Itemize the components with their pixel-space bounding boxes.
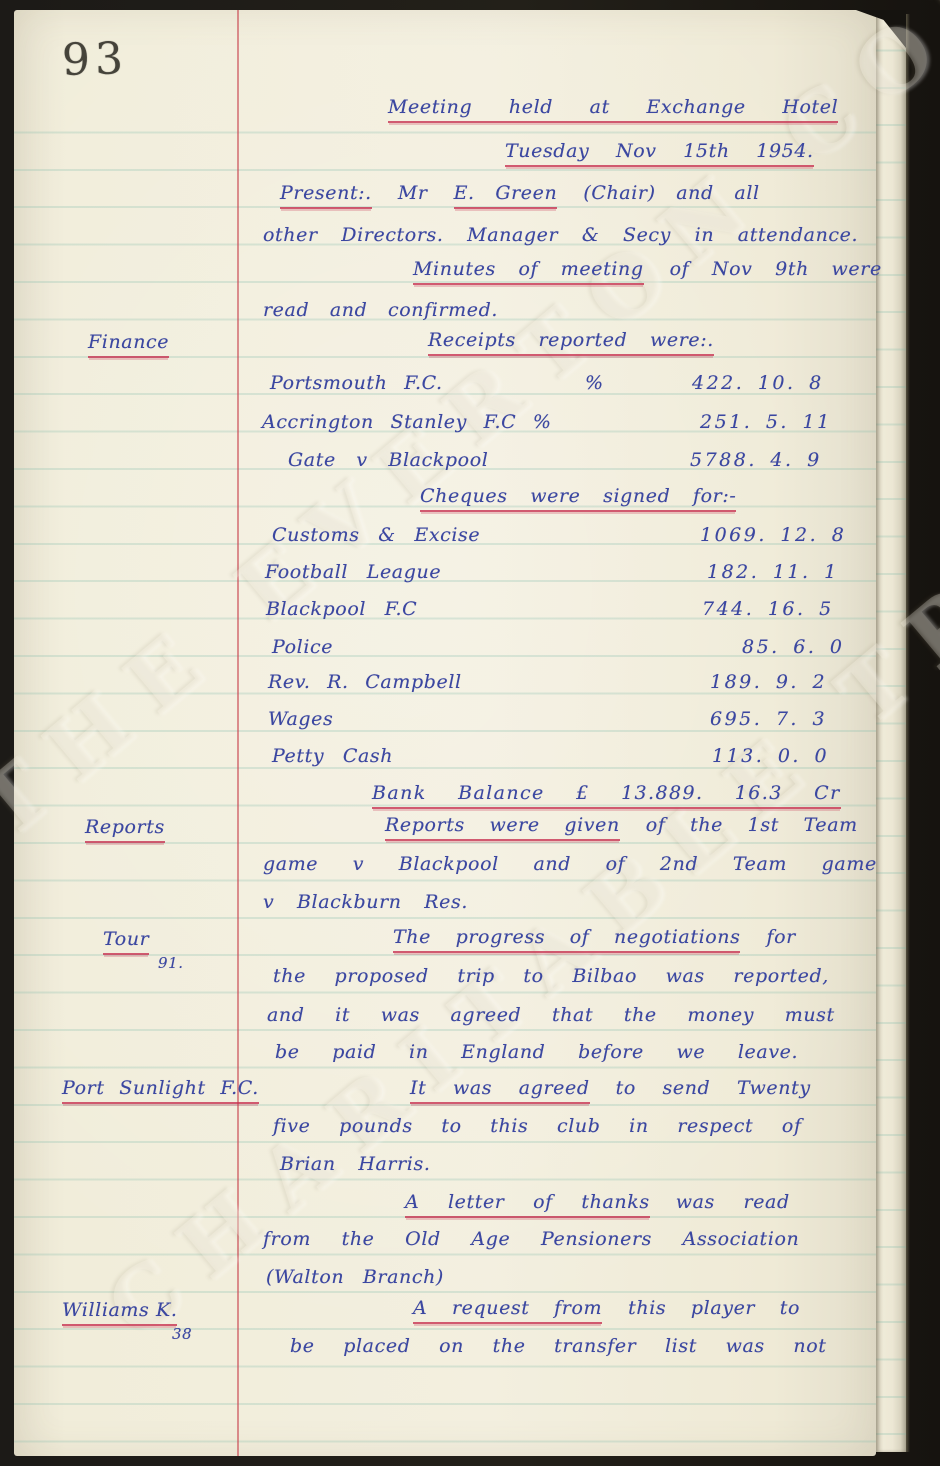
reports-line1-tail: of the 1st Team: [646, 814, 858, 836]
cheque-payee: Petty Cash: [272, 745, 393, 767]
reports-line3: v Blackburn Res.: [263, 891, 468, 913]
cheque-payee: Rev. R. Campbell: [268, 671, 462, 693]
receipts-heading-text: Receipts reported were:.: [428, 329, 714, 356]
tour-line3: and it was agreed that the money must: [267, 1004, 835, 1026]
cheque-amount: 85. 6. 0: [742, 636, 845, 658]
present-mid: Mr: [398, 182, 428, 204]
reports-line2: game v Blackpool and of 2nd Team game: [263, 853, 877, 875]
cheque-row: Blackpool F.C 744. 16. 5: [0, 598, 876, 628]
thanks-line3: (Walton Branch): [266, 1266, 444, 1288]
tour-line1-tail: for: [766, 926, 795, 948]
cheque-row: Police 85. 6. 0: [0, 636, 876, 666]
present-chairman: E. Green: [454, 182, 558, 209]
finance-label-text: Finance: [88, 331, 169, 358]
receipt-name: Gate v Blackpool: [288, 449, 488, 471]
page-number-stamp: 93: [61, 33, 128, 86]
receipt-amount: 251. 5. 11: [700, 411, 832, 433]
bank-balance-text: Bank Balance £ 13.889. 16.3 Cr: [372, 782, 841, 809]
tour-line4: be paid in England before we leave.: [275, 1041, 798, 1063]
tour-line1: The progress of negotiationsfor: [393, 926, 796, 948]
meeting-title: Meeting held at Exchange Hotel: [388, 96, 838, 118]
receipt-row: Portsmouth F.C. % 422. 10. 8: [0, 372, 876, 402]
port-sunlight-line1-underlined: It was agreed: [410, 1077, 590, 1104]
cheque-amount: 182. 11. 1: [707, 561, 839, 583]
thanks-line1-tail: was read: [676, 1191, 790, 1213]
cheque-row: Petty Cash 113. 0. 0: [0, 745, 876, 775]
port-sunlight-line1-tail: to send Twenty: [616, 1077, 811, 1099]
williams-label-text: Williams K.: [62, 1299, 177, 1326]
margin-label-reports: Reports: [85, 816, 165, 838]
cheque-row: Wages 695. 7. 3: [0, 708, 876, 738]
receipt-amount: 5788. 4. 9: [690, 449, 822, 471]
tour-minute-ref: 91.: [158, 954, 184, 972]
thanks-line1: A letter of thankswas read: [405, 1191, 790, 1213]
cheque-amount: 744. 16. 5: [702, 598, 834, 620]
margin-label-finance: Finance: [88, 331, 169, 353]
cheque-amount: 695. 7. 3: [710, 708, 827, 730]
receipt-note: %: [585, 372, 604, 394]
port-sunlight-line2: five pounds to this club in respect of: [273, 1115, 802, 1137]
page-edge-shadow: [906, 14, 910, 1452]
meeting-date: Tuesday Nov 15th 1954.: [505, 140, 814, 162]
cheque-payee: Football League: [265, 561, 441, 583]
present-line: Present:.MrE. Green(Chair) and all: [280, 182, 760, 204]
williams-line1: A request fromthis player to: [413, 1297, 800, 1319]
cheques-heading: Cheques were signed for:-: [420, 485, 736, 507]
williams-line1-tail: this player to: [628, 1297, 800, 1319]
cheque-row: Football League 182. 11. 1: [0, 561, 876, 591]
port-sunlight-line1: It was agreedto send Twenty: [410, 1077, 811, 1099]
thanks-line1-underlined: A letter of thanks: [405, 1191, 650, 1218]
minute-book-photo: THE EVERTON COLLECTION CHARITABLE TRUST …: [0, 0, 940, 1466]
cheque-payee: Wages: [268, 708, 333, 730]
cheque-amount: 189. 9. 2: [710, 671, 827, 693]
present-line2: other Directors. Manager & Secy in atten…: [263, 224, 858, 246]
minutes-read-tail: of Nov 9th were: [670, 258, 882, 280]
reports-label-text: Reports: [85, 816, 165, 843]
present-label: Present:.: [280, 182, 372, 209]
cheque-payee: Blackpool F.C: [266, 598, 417, 620]
port-sunlight-label-text: Port Sunlight F.C.: [62, 1077, 259, 1104]
tour-line2: the proposed trip to Bilbao was reported…: [273, 965, 829, 987]
cheque-row: Customs & Excise 1069. 12. 8: [0, 524, 876, 554]
meeting-date-text: Tuesday Nov 15th 1954.: [505, 140, 814, 167]
cheque-payee: Customs & Excise: [272, 524, 480, 546]
margin-label-port-sunlight: Port Sunlight F.C.: [62, 1077, 259, 1099]
cheque-row: Rev. R. Campbell 189. 9. 2: [0, 671, 876, 701]
cheque-payee: Police: [272, 636, 333, 658]
minutes-read-underlined: Minutes of meeting: [413, 258, 644, 285]
margin-label-williams: Williams K.: [62, 1299, 177, 1321]
reports-line1-underlined: Reports were given: [385, 814, 620, 841]
receipts-heading: Receipts reported were:.: [428, 329, 714, 351]
thanks-line2: from the Old Age Pensioners Association: [263, 1228, 799, 1250]
receipt-name: Accrington Stanley F.C %: [262, 411, 552, 433]
receipt-amount: 422. 10. 8: [692, 372, 824, 394]
port-sunlight-line3: Brian Harris.: [280, 1153, 430, 1175]
present-tail: (Chair) and all: [583, 182, 759, 204]
margin-label-tour: Tour: [103, 928, 149, 950]
tour-line1-underlined: The progress of negotiations: [393, 926, 740, 953]
cheque-amount: 113. 0. 0: [712, 745, 829, 767]
tour-label-text: Tour: [103, 928, 149, 955]
williams-minute-ref: 38: [172, 1325, 192, 1343]
minutes-read-line: Minutes of meetingof Nov 9th were: [413, 258, 882, 280]
bank-balance-line: Bank Balance £ 13.889. 16.3 Cr: [372, 782, 841, 804]
cheque-amount: 1069. 12. 8: [700, 524, 846, 546]
book-fore-edge: [876, 14, 906, 1452]
williams-line2: be placed on the transfer list was not: [290, 1335, 826, 1357]
receipt-row: Accrington Stanley F.C % 251. 5. 11: [0, 411, 876, 441]
receipt-name: Portsmouth F.C.: [270, 372, 443, 394]
meeting-title-text: Meeting held at Exchange Hotel: [388, 96, 838, 123]
williams-line1-underlined: A request from: [413, 1297, 602, 1324]
receipt-row: Gate v Blackpool 5788. 4. 9: [0, 449, 876, 479]
cheques-heading-text: Cheques were signed for:-: [420, 485, 736, 512]
minutes-read-line2: read and confirmed.: [263, 299, 498, 321]
reports-line1: Reports were givenof the 1st Team: [385, 814, 858, 836]
